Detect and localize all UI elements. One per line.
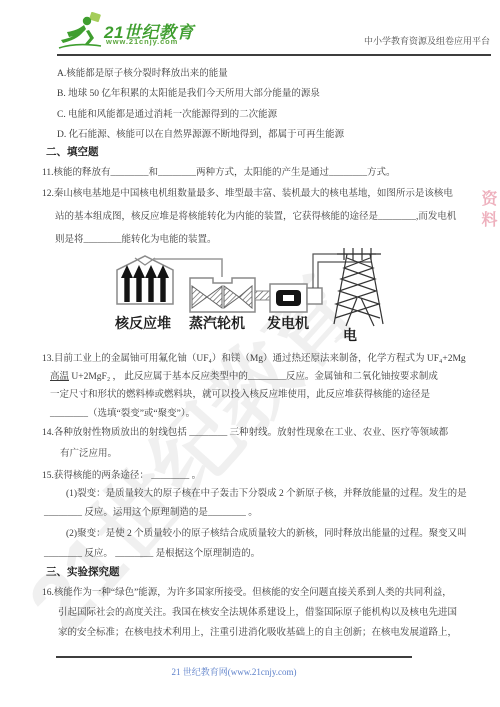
turbine-label: 蒸汽轮机 — [189, 315, 245, 331]
question-14-line1: 14.各种放射性物质放出的射线包括 ________ 三种射线。放射性现象在工业… — [42, 427, 448, 440]
question-15-sub1-line1: (1)裂变：是质量较大的原子核在中子轰击下分裂成 2 个新原子核，并释放能量的过… — [66, 488, 467, 501]
question-13-line2-rest: U+2MgF₂ ， 此反应属于基本反应类型中的________反应。金属铀和二氧… — [69, 372, 438, 382]
reactor-icon — [117, 256, 173, 304]
question-13-line2: 高温 U+2MgF₂ ， 此反应属于基本反应类型中的________反应。金属铀… — [50, 371, 438, 384]
generator-label: 发电机 — [266, 315, 309, 331]
footer-site-text: 21 世纪教育网(www.21cnjy.com) — [56, 665, 412, 678]
choice-b: B. 地球 50 亿年积累的太阳能是我们今天所用大部分能量的源泉 — [57, 88, 320, 101]
question-15-sub2-line2: ________ 反应。 ________ 是根据这个原理制造的。 — [44, 548, 260, 561]
section-fill-in-title: 二、填空题 — [46, 146, 99, 159]
power-plant-diagram: 核反应堆 蒸汽轮机 发电机 电 — [85, 248, 425, 358]
question-13-line3: 一定尺寸和形状的燃料棒或燃料块，就可以投入核反应堆使用，此反应堆获得核能的途径是 — [50, 389, 430, 402]
turbine-shaft — [255, 291, 270, 300]
question-12-line3: 则是将________能转化为电能的装置。 — [55, 234, 217, 247]
worksheet-page: 21世纪教育 资料 21世纪教育 www.21cnjy.com 中小学教育资源及… — [0, 0, 500, 707]
header-divider — [57, 54, 491, 56]
site-tagline: 中小学教育资源及组卷应用平台 — [0, 34, 490, 47]
question-14-line2: 有广泛应用。 — [60, 448, 117, 461]
reaction-condition: 高温 — [50, 372, 69, 382]
transmission-tower-icon — [334, 248, 383, 326]
question-16-line3: 家的安全标准；在核电技术利用上，注重引进消化吸收基础上的自主创新；在核电发展道路… — [58, 627, 457, 640]
turbine-icon — [190, 278, 255, 312]
question-15-sub1-line2: ________ 反应。运用这个原理制造的是________ 。 — [44, 507, 258, 520]
question-12-line2: 站的基本组成图，核反应堆是将核能转化为内能的装置，它获得核能的途径是______… — [55, 211, 456, 224]
reactor-label: 核反应堆 — [114, 315, 171, 331]
choice-c: C. 电能和风能都是通过消耗一次能源得到的二次能源 — [57, 109, 277, 122]
question-13-line1: 13.目前工业上的金属铀可用氟化铀（UF₄）和镁（Mg）通过热还原法来制备，化学… — [42, 353, 466, 366]
question-12-line1: 12.秦山核电基地是中国核电机组数量最多、堆型最丰富、装机最大的核电基地，如图所… — [42, 188, 453, 201]
footer-divider — [56, 656, 412, 658]
tower-label: 电 — [343, 327, 357, 343]
question-15-sub2-line1: (2)聚变：是使 2 个质量较小的原子核结合成质量较大的新核，同时释放出能量的过… — [66, 528, 467, 541]
section-experiment-title: 三、实验探究题 — [46, 566, 120, 579]
question-16-line2: 引起国际社会的高度关注。我国在核安全法规体系建设上，借鉴国际原子能机构以及核电先… — [58, 607, 457, 620]
side-watermark: 资料 — [476, 190, 499, 232]
logo-runner-icon — [57, 12, 105, 54]
choice-a: A.核能都是原子核分裂时释放出来的能量 — [57, 68, 228, 81]
question-13-line4: ________（选填“裂变”或“聚变”）。 — [50, 408, 195, 421]
question-15-line1: 15.获得核能的两条途径： ________ 。 — [42, 470, 201, 483]
question-16-line1: 16.核能作为一种“绿色”能源，为许多国家所接受。但核能的安全问题直接关系到人类… — [42, 587, 452, 600]
generator-icon — [270, 284, 322, 312]
choice-d: D. 化石能源、核能可以在自然界源源不断地得到，都属于可再生能源 — [57, 129, 344, 142]
question-11-text: 11.核能的释放有________和________两种方式，太阳能的产生是通过… — [42, 167, 396, 180]
